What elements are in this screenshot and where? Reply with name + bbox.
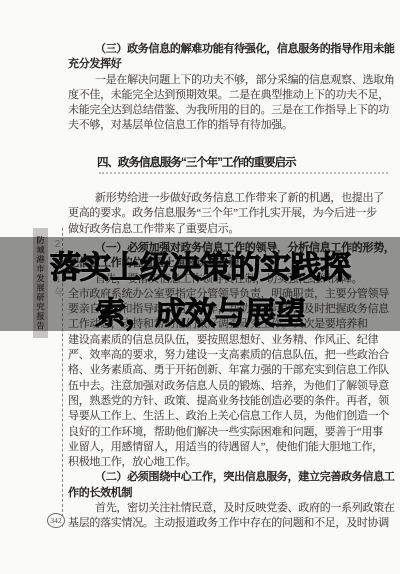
text-line: 作的长效机制 [68, 486, 400, 501]
title-overlay-band: 落实上级决策的实践探 索，成效与展望 [0, 237, 400, 331]
text-line: 更高的要求。政务信息服务“三个年”工作扎实开展，为今后进一步 [68, 206, 400, 221]
text-line: 充分发挥好 [68, 57, 400, 72]
text-line: 格、业务素质高、勇于开拓创新、年富力强的干部充实到信息工作队 [68, 363, 400, 378]
text-line: 严、效率高的要求，努力建设一支高素质的信息队伍，把一些政治合 [68, 348, 400, 363]
text-line: 积极地工作，放心地工作。 [68, 455, 400, 470]
overlay-title-line1: 落实上级决策的实践探 [50, 251, 350, 284]
text-line: 新形势给进一步做好政务信息工作带来了新的机遇，也提出了 [68, 191, 400, 206]
text-line: （二）必须围绕中心工作，突出信息服务，建立完善政务信息工 [68, 470, 400, 485]
text-line: 夫不够，对基层单位信息工作的指导有待加强。 [68, 118, 400, 133]
text-line: 伍中去。注意加强对政务信息人员的锻炼、培养，为他们了解领导意 [68, 379, 400, 394]
section-four-heading: 四、政务信息服务“三个年”工作的重要启示 [97, 154, 296, 170]
scanned-document-page: （三）政务信息的解难功能有待强化，信息服务的指导作用未能充分发挥好一是在解决问题… [0, 0, 400, 574]
text-line: 首先，密切关注社情民意，及时反映党委、政府的一系列政策在 [68, 501, 400, 516]
text-line: 图，熟悉党的方针、政策、提高业务技能创造必要的条件。再者，领 [68, 394, 400, 409]
text-line: 建设高素质的信息员队伍，要按照思想好、业务精、作风正、纪律 [68, 333, 400, 348]
page-number-badge: 342 [47, 513, 65, 528]
heading-underline [99, 172, 388, 174]
text-line: （三）政务信息的解难功能有待强化，信息服务的指导作用未能 [68, 42, 400, 57]
text-line: 导要从工作上、生活上、政治上关心信息工作人员，为他们创造一个 [68, 409, 400, 424]
section-three-paragraph: （三）政务信息的解难功能有待强化，信息服务的指导作用未能充分发挥好一是在解决问题… [68, 42, 400, 134]
text-line: 业留人，用感情留人，用适当的待遇留人”，使他们能大胆地工作， [68, 440, 400, 455]
text-line: 一是在解决问题上下的功夫不够，部分采编的信息观察、选取角 [68, 73, 400, 88]
text-line: 基层的落实情况。主动报道政务工作中存在的问题和不足，及时协调 [68, 516, 400, 531]
text-line: 良好的工作环境，帮助他们解决一些实际困难和问题，要善于“用事 [68, 425, 400, 440]
text-line: 未能完全达到总结借鉴、为我所用的目的。三是在工作指导上下的功 [68, 103, 400, 118]
intro-paragraph: 新形势给进一步做好政务信息工作带来了新的机遇，也提出了更高的要求。政务信息服务“… [68, 191, 400, 237]
text-line: 做好政务信息工作带来了重要启示。 [68, 222, 400, 237]
text-line: 度不佳，未能完全达到预期效果。二是在典型推动上下的功夫不足， [68, 88, 400, 103]
overlay-title-line2: 索，成效与展望 [95, 297, 305, 330]
